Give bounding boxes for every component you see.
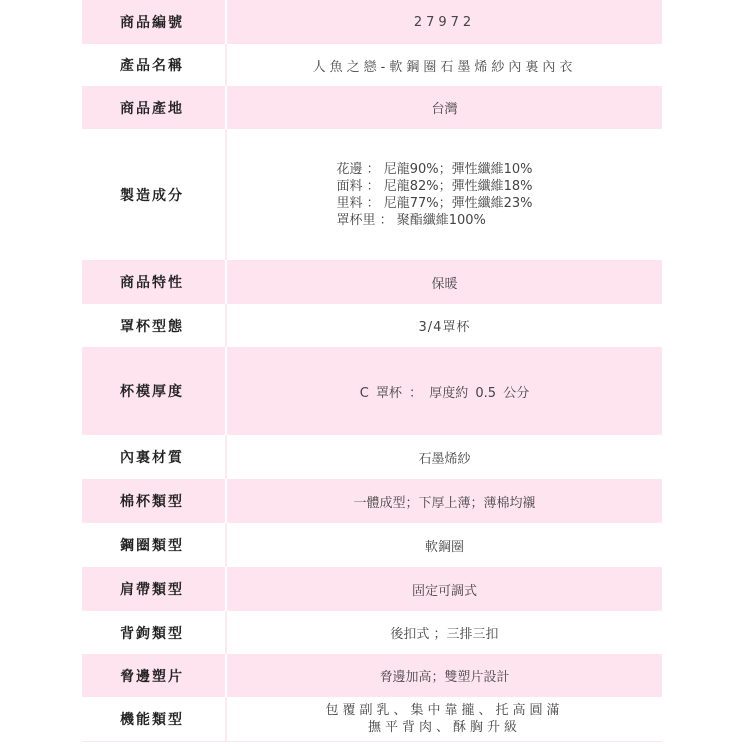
spec-label: 杯模厚度 bbox=[82, 347, 225, 435]
spec-row-lining-material: 內裏材質 石墨烯紗 bbox=[82, 435, 662, 479]
function-line: 撫平背肉、酥胸升級 bbox=[368, 719, 521, 736]
spec-row-side-boning: 脅邊塑片 脅邊加高；雙塑片設計 bbox=[82, 654, 662, 697]
spec-value: 台灣 bbox=[227, 86, 662, 129]
spec-label: 商品特性 bbox=[82, 260, 225, 304]
spec-value: 27972 bbox=[227, 0, 662, 44]
composition-line: 花邊 ： 尼龍90%；彈性纖維10% bbox=[336, 161, 532, 178]
spec-value: 一體成型；下厚上薄；薄棉均襯 bbox=[227, 479, 662, 523]
spec-label: 鋼圈類型 bbox=[82, 523, 225, 567]
table-bottom-border bbox=[82, 741, 662, 742]
composition-line: 罩杯里 ： 聚酯纖維100% bbox=[336, 212, 485, 229]
spec-row-cup-thickness: 杯模厚度 C 罩杯 ： 厚度約 0.5 公分 bbox=[82, 347, 662, 435]
spec-row-underwire-type: 鋼圈類型 軟鋼圈 bbox=[82, 523, 662, 567]
product-spec-table: 商品編號 27972 產品名稱 人魚之戀-軟鋼圈石墨烯紗內裏內衣 商品產地 台灣… bbox=[82, 0, 662, 741]
spec-row-back-hook-type: 背鉤類型 後扣式 ；三排三扣 bbox=[82, 611, 662, 654]
spec-label: 肩帶類型 bbox=[82, 567, 225, 611]
spec-label: 產品名稱 bbox=[82, 44, 225, 86]
spec-value: 花邊 ： 尼龍90%；彈性纖維10% 面料 ： 尼龍82%；彈性纖維18% 里料… bbox=[227, 129, 662, 260]
spec-value: 固定可調式 bbox=[227, 567, 662, 611]
spec-label: 商品編號 bbox=[82, 0, 225, 44]
spec-label: 棉杯類型 bbox=[82, 479, 225, 523]
spec-value: 石墨烯紗 bbox=[227, 435, 662, 479]
spec-value: 軟鋼圈 bbox=[227, 523, 662, 567]
spec-value: 3/4罩杯 bbox=[227, 304, 662, 347]
composition-list: 花邊 ： 尼龍90%；彈性纖維10% 面料 ： 尼龍82%；彈性纖維18% 里料… bbox=[336, 161, 532, 229]
function-line: 包覆副乳、集中靠攏、托高圓滿 bbox=[325, 702, 563, 719]
spec-label: 罩杯型態 bbox=[82, 304, 225, 347]
spec-label: 製造成分 bbox=[82, 129, 225, 260]
composition-line: 面料 ： 尼龍82%；彈性纖維18% bbox=[336, 178, 532, 195]
spec-label: 背鉤類型 bbox=[82, 611, 225, 654]
spec-row-composition: 製造成分 花邊 ： 尼龍90%；彈性纖維10% 面料 ： 尼龍82%；彈性纖維1… bbox=[82, 129, 662, 260]
spec-value: 後扣式 ；三排三扣 bbox=[227, 611, 662, 654]
spec-row-cup-style: 罩杯型態 3/4罩杯 bbox=[82, 304, 662, 347]
spec-value: 脅邊加高；雙塑片設計 bbox=[227, 654, 662, 697]
spec-row-features: 商品特性 保暖 bbox=[82, 260, 662, 304]
spec-value: 人魚之戀-軟鋼圈石墨烯紗內裏內衣 bbox=[227, 44, 662, 86]
spec-row-padding-type: 棉杯類型 一體成型；下厚上薄；薄棉均襯 bbox=[82, 479, 662, 523]
spec-label: 脅邊塑片 bbox=[82, 654, 225, 697]
spec-label: 機能類型 bbox=[82, 697, 225, 741]
spec-row-function-type: 機能類型 包覆副乳、集中靠攏、托高圓滿 撫平背肉、酥胸升級 bbox=[82, 697, 662, 741]
spec-value: 保暖 bbox=[227, 260, 662, 304]
spec-value: C 罩杯 ： 厚度約 0.5 公分 bbox=[227, 347, 662, 435]
spec-value: 包覆副乳、集中靠攏、托高圓滿 撫平背肉、酥胸升級 bbox=[227, 697, 662, 741]
spec-label: 商品產地 bbox=[82, 86, 225, 129]
composition-line: 里料 ： 尼龍77%；彈性纖維23% bbox=[336, 195, 532, 212]
spec-row-origin: 商品產地 台灣 bbox=[82, 86, 662, 129]
spec-label: 內裏材質 bbox=[82, 435, 225, 479]
spec-row-strap-type: 肩帶類型 固定可調式 bbox=[82, 567, 662, 611]
spec-row-product-number: 商品編號 27972 bbox=[82, 0, 662, 44]
spec-row-product-name: 產品名稱 人魚之戀-軟鋼圈石墨烯紗內裏內衣 bbox=[82, 44, 662, 86]
